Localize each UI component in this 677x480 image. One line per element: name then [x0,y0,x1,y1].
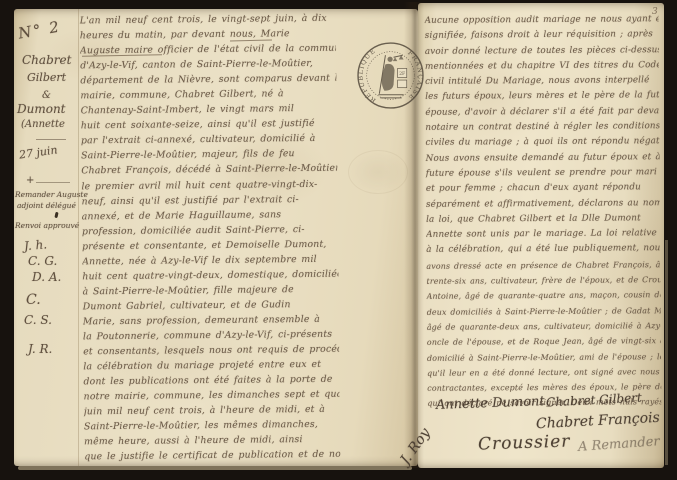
margin-note-deputy-title: adjoint délégué [17,201,76,210]
manuscript-line: avons dressé acte en présence de Chabret… [426,257,660,274]
manuscript-line: future épouse s'ils veulent se prendre p… [426,165,660,182]
republique-francaise-seal: RÉPUBLIQUE FRANÇAISE 2F [356,41,425,110]
manuscript-line: domicilié à Saint-Pierre-le-Moûtier, ami… [427,349,661,366]
left-page-text: L'an mil neuf cent trois, le vingt-sept … [80,11,341,465]
manuscript-line: Aucune opposition audit mariage ne nous … [425,12,659,29]
manuscript-line: Nous avons ensuite demandé au futur épou… [426,150,660,167]
manuscript-line: le premier avril mil huit cent quatre-vi… [81,176,337,194]
manuscript-line: Antoine, âgé de quarante-quatre ans, maç… [427,288,661,305]
manuscript-line: département de la Nièvre, sont comparus … [80,71,336,89]
manuscript-line: trente-six ans, cultivateur, frère de l'… [426,272,660,289]
manuscript-line: civil intitulé Du Mariage, nous avons in… [425,73,659,90]
manuscript-line: deux domiciliés à Saint-Pierre-le-Moûtie… [427,303,661,320]
page-edge-right [665,240,668,465]
margin-date: 27 juin [18,143,58,161]
manuscript-line: avoir donné lecture de toutes les pièces… [425,43,659,60]
manuscript-line: séparément et affirmativement, déclarons… [426,196,660,213]
manuscript-line: civiles du mariage ; à quoi ils ont répo… [425,135,659,152]
seal-legend-right: FRANÇAISE [406,49,424,102]
margin-groom-firstname: Gilbert [27,71,66,84]
right-page-text: Aucune opposition audit mariage ne nous … [425,12,662,411]
manuscript-line: que le justifie le certificat de publica… [84,447,340,465]
manuscript-line: Annette sont unis par le mariage. La loi… [426,226,660,243]
manuscript-line: à la célébration, qui a été lue publique… [426,242,660,259]
manuscript-line: mentionnées et du chapitre VI des titres… [425,58,659,75]
manuscript-line: signifiée, faisons droit à leur réquisit… [425,27,659,44]
signature-deputy: A Remander [578,434,661,455]
manuscript-line: et pour femme ; chacun d'eux ayant répon… [426,180,660,197]
scales-icon [393,55,404,61]
manuscript-line: les futurs époux, leurs mères et le père… [425,89,659,106]
signature-witness-2: Croussier [478,431,571,454]
margin-cross-line [36,182,70,183]
manuscript-line: la loi, que Chabret Gilbert et la Dlle D… [426,211,660,228]
manuscript-line: épouse, d'avoir à déclarer s'il a été fa… [425,104,659,121]
margin-note-approval: Renvoi approuvé [15,221,79,230]
marianne-figure: 2F [378,55,406,98]
cross-mark-icon: + [26,175,34,186]
page-edge-bottom [18,466,412,470]
margin-initials: J. h.C. G.D. A.C.C. S.J. R. [18,237,76,358]
book-spread: N° 2 Chabret Gilbert & Dumont (Annette 2… [0,0,677,480]
signature-witness-1: Chabret François [536,410,660,432]
margin-initial: C. [26,292,76,308]
manuscript-line: oncle de l'épouse, et de Roque Jean, âgé… [427,333,661,350]
margin-bride-firstname: (Annette [21,119,65,130]
manuscript-line: âgé de quarante-deux ans, cultivateur, d… [427,318,661,335]
embossed-blind-stamp [348,150,408,194]
margin-initial: D. A. [32,270,76,286]
manuscript-line: L'an mil neuf cent trois, le vingt-sept … [80,11,336,29]
margin-initial: J. h. [23,235,76,255]
margin-groom-surname: Chabret [22,53,71,67]
ink-blot [54,212,58,218]
right-page: 3 Aucune opposition audit mariage ne nou… [418,3,664,468]
margin-initial: C. S. [24,313,76,329]
manuscript-line: qu'il leur en a été donné lecture, ont s… [427,364,661,381]
margin-rule [78,9,79,466]
manuscript-line: notaire un contrat destiné à régler les … [425,119,659,136]
stamp-value: 2F [399,71,406,77]
margin-bride-surname: Dumont [17,102,66,116]
act-number: N° 2 [17,17,62,42]
margin-note-deputy-name: Remander Auguste [15,190,88,199]
margin-divider [36,139,66,140]
manuscript-line: huit cent quatre-vingt-deux, domestique,… [82,266,338,284]
margin-ampersand: & [42,90,51,101]
margin-initial: C. G. [28,254,76,270]
margin-initial: J. R. [28,342,76,358]
lower-tablet [398,80,407,88]
